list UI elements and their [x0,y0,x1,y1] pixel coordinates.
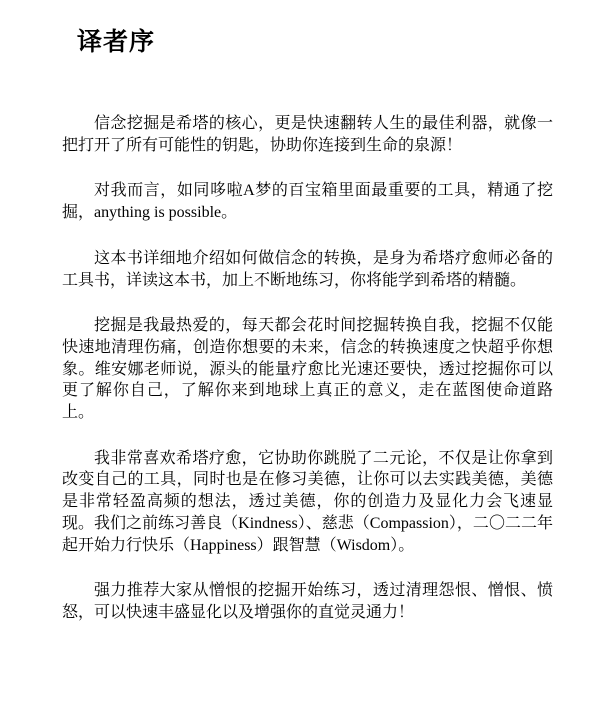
book-page: 译者序 信念挖掘是希塔的核心，更是快速翻转人生的最佳利器，就像一把打开了所有可能… [0,0,615,727]
paragraph-1: 信念挖掘是希塔的核心，更是快速翻转人生的最佳利器，就像一把打开了所有可能性的钥匙… [62,113,553,156]
page-title: 译者序 [77,30,553,55]
paragraph-2: 对我而言，如同哆啦A梦的百宝箱里面最重要的工具，精通了挖掘，anything i… [62,180,553,223]
paragraph-5: 我非常喜欢希塔疗愈，它协助你跳脱了二元论，不仅是让你拿到改变自己的工具，同时也是… [62,448,553,557]
page-content: 信念挖掘是希塔的核心，更是快速翻转人生的最佳利器，就像一把打开了所有可能性的钥匙… [62,113,553,624]
paragraph-4: 挖掘是我最热爱的，每天都会花时间挖掘转换自我，挖掘不仅能快速地清理伤痛，创造你想… [62,315,553,424]
paragraph-6: 强力推荐大家从憎恨的挖掘开始练习，透过清理怨恨、憎恨、愤怒，可以快速丰盛显化以及… [62,580,553,623]
paragraph-3: 这本书详细地介绍如何做信念的转换，是身为希塔疗愈师必备的工具书，详读这本书，加上… [62,248,553,291]
